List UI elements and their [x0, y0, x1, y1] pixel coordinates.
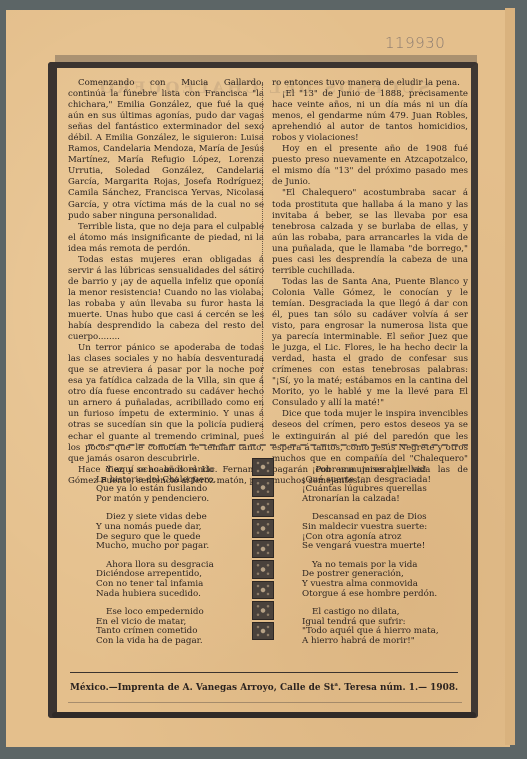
paper-edge — [505, 8, 515, 745]
verse-column-left: Y aquí se acaba llorando La historia del… — [96, 466, 246, 656]
verse-line: Otorgue á ese hombre perdón. — [302, 590, 462, 600]
stanza: Descansad en paz de Dios Sin maldecir vu… — [302, 513, 462, 551]
ornamental-tile-column — [252, 458, 274, 640]
stanza: Ya no temais por la vida De postrer gene… — [302, 561, 462, 599]
prose-column-right: ro entonces tuvo manera de eludir la pen… — [272, 78, 468, 440]
flower-ornament-icon — [252, 622, 274, 640]
paragraph: ¡El "13" de Junio de 1888, precisamente … — [272, 89, 468, 144]
flower-ornament-icon — [252, 458, 274, 476]
paragraph: Hoy en el presente año de 1908 fué puest… — [272, 144, 468, 188]
printer-imprint: México.—Imprenta de A. Vanegas Arroyo, C… — [70, 682, 462, 693]
stanza: El castigo no dilata, Igual tendrá que s… — [302, 608, 462, 646]
stanza: Ese loco empedernido En el vicio de mata… — [96, 608, 246, 646]
verse-line: Se vengará vuestra muerte! — [302, 542, 462, 552]
verse-line: Con la vida ha de pagar. — [96, 637, 246, 647]
wavy-separator-rule — [88, 444, 468, 447]
flower-ornament-icon — [252, 519, 274, 537]
flower-ornament-icon — [252, 478, 274, 496]
imprint-rule — [70, 672, 458, 673]
verse-line: Mucho, mucho por pagar. — [96, 542, 246, 552]
imprint-text: México.—Imprenta de A. Vanegas Arroyo, C… — [70, 683, 334, 693]
paragraph: Terrible lista, que no deja para el culp… — [68, 222, 264, 255]
flower-ornament-icon — [252, 601, 274, 619]
verse-line: Por matón y pendenciero. — [96, 495, 246, 505]
imprint-text: . Teresa núm. 1.— 1908. — [338, 683, 458, 693]
flower-ornament-icon — [252, 560, 274, 578]
paragraph: Todas las de Santa Ana, Puente Blanco y … — [272, 277, 468, 410]
flower-ornament-icon — [252, 581, 274, 599]
flower-ornament-icon — [252, 540, 274, 558]
verse-line: Atronarían la calzada! — [302, 495, 462, 505]
paragraph: "El Chalequero" acostumbraba sacar á tod… — [272, 188, 468, 276]
stanza: Diez y siete vidas debe Y una nomás pued… — [96, 513, 246, 551]
verse-line: A hierro habrá de morir!" — [302, 637, 462, 647]
paragraph: ro entonces tuvo manera de eludir la pen… — [272, 78, 468, 89]
stanza: Ahora llora su desgracia Diciéndose arre… — [96, 561, 246, 599]
paragraph: Todas estas mujeres eran obligadas á ser… — [68, 255, 264, 343]
flower-ornament-icon — [252, 499, 274, 517]
prose-section: Comenzando con Mucia Gallardo, continúa … — [68, 78, 468, 440]
paragraph: Comenzando con Mucia Gallardo, continúa … — [68, 78, 264, 222]
column-divider — [262, 82, 265, 434]
stanza: Y aquí se acaba llorando La historia del… — [96, 466, 246, 504]
catalog-number: 119930 — [385, 34, 445, 52]
imprint-bottom-rule — [68, 702, 462, 703]
verse-column-right: ¡Pobres mujeres aquellas! ¡Qué suerte ta… — [302, 466, 462, 656]
stanza: ¡Pobres mujeres aquellas! ¡Qué suerte ta… — [302, 466, 462, 504]
prose-column-left: Comenzando con Mucia Gallardo, continúa … — [68, 78, 264, 440]
verse-line: Nada hubiera sucedido. — [96, 590, 246, 600]
frame-bottom-bar — [52, 712, 476, 718]
